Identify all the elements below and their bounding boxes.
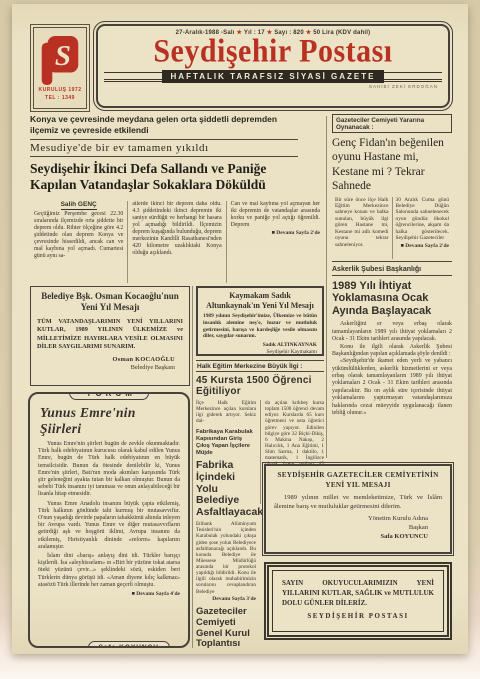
newspaper-subtitle: HAFTALIK TARAFSIZ SİYASİ GAZETE [162, 70, 385, 83]
lead-col-1: Salih GENÇ Geçtiğimiz Perşembe gecesi 22… [30, 201, 127, 283]
readers-greeting-box: SAYIN OKUYUCULARIMIZIN YENİ YILLARINI KU… [264, 562, 452, 640]
opinion-paragraph-1: Yunus Emre'nin şiirleri bugün de zevkle … [38, 441, 180, 499]
mayor-name: Osman KOCAOĞLU [113, 356, 175, 363]
sp-monogram-icon: S [40, 35, 80, 85]
governor-message-box: Kaymakam Sadık Altunkaynak'ın Yeni Yıl M… [196, 286, 324, 356]
governor-name: Sadık ALTINKAYNAK [263, 342, 317, 348]
lead-headline: Seydişehir İkinci Defa Sallandı ve Paniğ… [30, 161, 298, 193]
society-signature: Yönetim Kurulu Adına Başkan Safa KOYUNCU [274, 515, 442, 541]
governor-signature: Sadık ALTINKAYNAK Seydişehir Kaymakamı [203, 342, 317, 356]
opinion-paragraph-2: Yunus Emre Anadolu insanını büyük çapta … [38, 501, 180, 551]
society-box-body: 1989 yılının millet ve memleketimize, Tü… [274, 494, 442, 512]
greeting-signature: SEYDİŞEHİR POSTASI [282, 612, 434, 620]
play-headline: Genç Fidan'ın beğenilen oyunu Hastane mi… [332, 136, 452, 194]
society-sig-line2: Başkan [409, 524, 428, 531]
congress-headline: Gazeteciler Cemiyeti Genel Kurul Toplant… [196, 607, 256, 650]
journalists-society-message-box: SEYDİŞEHİR GAZETECİLER CEMİYETİNİN YENİ … [264, 464, 452, 554]
military-kicker: Askerlik Şubesi Başkanlığı [332, 264, 452, 276]
opinion-column-box: YORUM Yunus Emre'nin Şiirleri Yunus Emre… [28, 392, 190, 648]
band-line-right [384, 72, 442, 82]
lead-col1-text: Geçtiğimiz Perşembe gecesi 22.30 sıralar… [34, 211, 123, 259]
svg-text:S: S [55, 40, 71, 72]
middle-left-column: İlçe Halk Eğitim Merkezince açılan kursl… [196, 400, 260, 650]
masthead: 27-Aralık-1988 -Salı ★ Yıl : 17 ★ Sayı :… [96, 24, 450, 108]
mayor-box-body: TÜM VATANDAŞLARIMIN YENİ YILLARINI KUTLA… [37, 318, 183, 352]
lead-col-2: atlerde ikinci bir deprem daha oldu. 4.3… [127, 201, 225, 283]
logo-tel-text: TEL : 1349 [45, 95, 75, 101]
military-paragraph-2: Konu ile ilgili olarak Askerlik Şubesi B… [332, 344, 452, 359]
newspaper-page: S KURULUŞ 1972 TEL : 1349 27-Aralık-1988… [12, 4, 468, 654]
play-continued: ■ Devamı Sayfa 2'de [396, 243, 450, 250]
factory-body: Etibank Alüminyum Tesisleri'nin içinden … [196, 521, 256, 595]
play-col2: 30 Aralık Cuma günü Belediye Düğün Salon… [392, 197, 453, 259]
lead-subhead: Mesudiye'de bir ev tamamen yıkıldı [30, 140, 298, 157]
newspaper-logo: S KURULUŞ 1972 TEL : 1349 [30, 24, 90, 112]
lead-kicker: Konya ve çevresinde meydana gelen orta ş… [30, 114, 298, 140]
military-paragraph-3: «Seydişehir'de ikamet eden yerli ve yaba… [332, 358, 452, 417]
lead-col3-text: Can ve mal kaybına yol açmayan her iki d… [231, 201, 320, 228]
lead-continued: ■ Devamı Sayfa 2'de [231, 230, 320, 237]
factory-kicker: Fabrikaya Karabulak Kapısından Giriş Çık… [196, 429, 256, 458]
factory-continued: Devamı Sayfa 3'de [196, 596, 256, 602]
military-headline: 1989 Yılı İhtiyat Yoklamasına Ocak Ayınd… [332, 280, 452, 318]
society-sig-name: Safa KOYUNCU [381, 533, 429, 540]
lead-story-header: Konya ve çevresinde meydana gelen orta ş… [30, 114, 298, 193]
military-paragraph-1: Askerliğini er veya erbaş olarak tamamla… [332, 321, 452, 343]
column-rule-middle [192, 286, 193, 648]
opinion-paragraph-3: İslam dini «barış» anlayış dini idi. Tür… [38, 553, 180, 589]
mayor-signature: Osman KOCAOĞLU Belediye Başkanı [37, 356, 183, 372]
opinion-headline: Yunus Emre'nin Şiirleri [40, 405, 180, 437]
masthead-band: HAFTALIK TARAFSIZ SİYASİ GAZETE [104, 70, 442, 83]
play-kicker: Gazeteciler Cemiyeti Yararına Oynanacak … [332, 114, 452, 133]
governor-box-body: 1989 yılının Seydişehir'imize, Ülkemize … [203, 313, 317, 340]
play-col2-text: 30 Aralık Cuma günü Belediye Düğün Salon… [396, 197, 450, 242]
column-rule-main [326, 116, 327, 458]
newspaper-title: Seydişehir Postası [98, 36, 448, 68]
opinion-label: YORUM [69, 392, 149, 400]
courses-col1-text: İlçe Halk Eğitim Merkezince açılan kursl… [196, 400, 256, 425]
owner-line: SAHİBİ ZEKİ ERDOĞAN [98, 83, 448, 89]
courses-kicker: Halk Eğitim Merkezine Büyük İlgi : [196, 360, 324, 372]
greeting-text: SAYIN OKUYUCULARIMIZIN YENİ YILLARINI KU… [282, 579, 434, 608]
society-box-title: SEYDİŞEHİR GAZETECİLER CEMİYETİNİN YENİ … [274, 471, 442, 490]
play-col1-text: Bir süre önce ilçe Halk Eğitim Merkezinc… [332, 197, 392, 259]
courses-headline: 45 Kursta 1500 Öğrenci Eğitiliyor [196, 375, 324, 397]
lead-story-body: Salih GENÇ Geçtiğimiz Perşembe gecesi 22… [30, 201, 324, 283]
mayor-message-box: Belediye Bşk. Osman Kocaoğlu'nun Yeni Yı… [30, 286, 190, 386]
governor-box-title: Kaymakam Sadık Altunkaynak'ın Yeni Yıl M… [203, 291, 317, 311]
opinion-continued: ■ Devamı Sayfa 4'de [38, 591, 180, 597]
band-line-left [104, 72, 162, 82]
lead-col2-text: atlerde ikinci bir deprem daha oldu. 4.3… [132, 201, 221, 256]
right-column: Gazeteciler Cemiyeti Yararına Oynanacak … [332, 114, 452, 460]
society-sig-line1: Yönetim Kurulu Adına [368, 515, 428, 522]
logo-founded-text: KURULUŞ 1972 [39, 87, 82, 93]
opinion-author-badge: Safa KOYUNCU [88, 641, 170, 648]
mayor-title: Belediye Başkanı [131, 364, 175, 371]
factory-headline: Fabrika İçindeki Yolu Belediye Asfaltlay… [196, 460, 256, 518]
lead-col-3: Can ve mal kaybına yol açmayan her iki d… [226, 201, 324, 283]
lead-byline: Salih GENÇ [34, 201, 123, 208]
governor-title: Seydişehir Kaymakamı [267, 349, 317, 355]
play-body-columns: Bir süre önce ilçe Halk Eğitim Merkezinc… [332, 197, 452, 262]
mayor-box-title: Belediye Bşk. Osman Kocaoğlu'nun Yeni Yı… [37, 291, 183, 314]
